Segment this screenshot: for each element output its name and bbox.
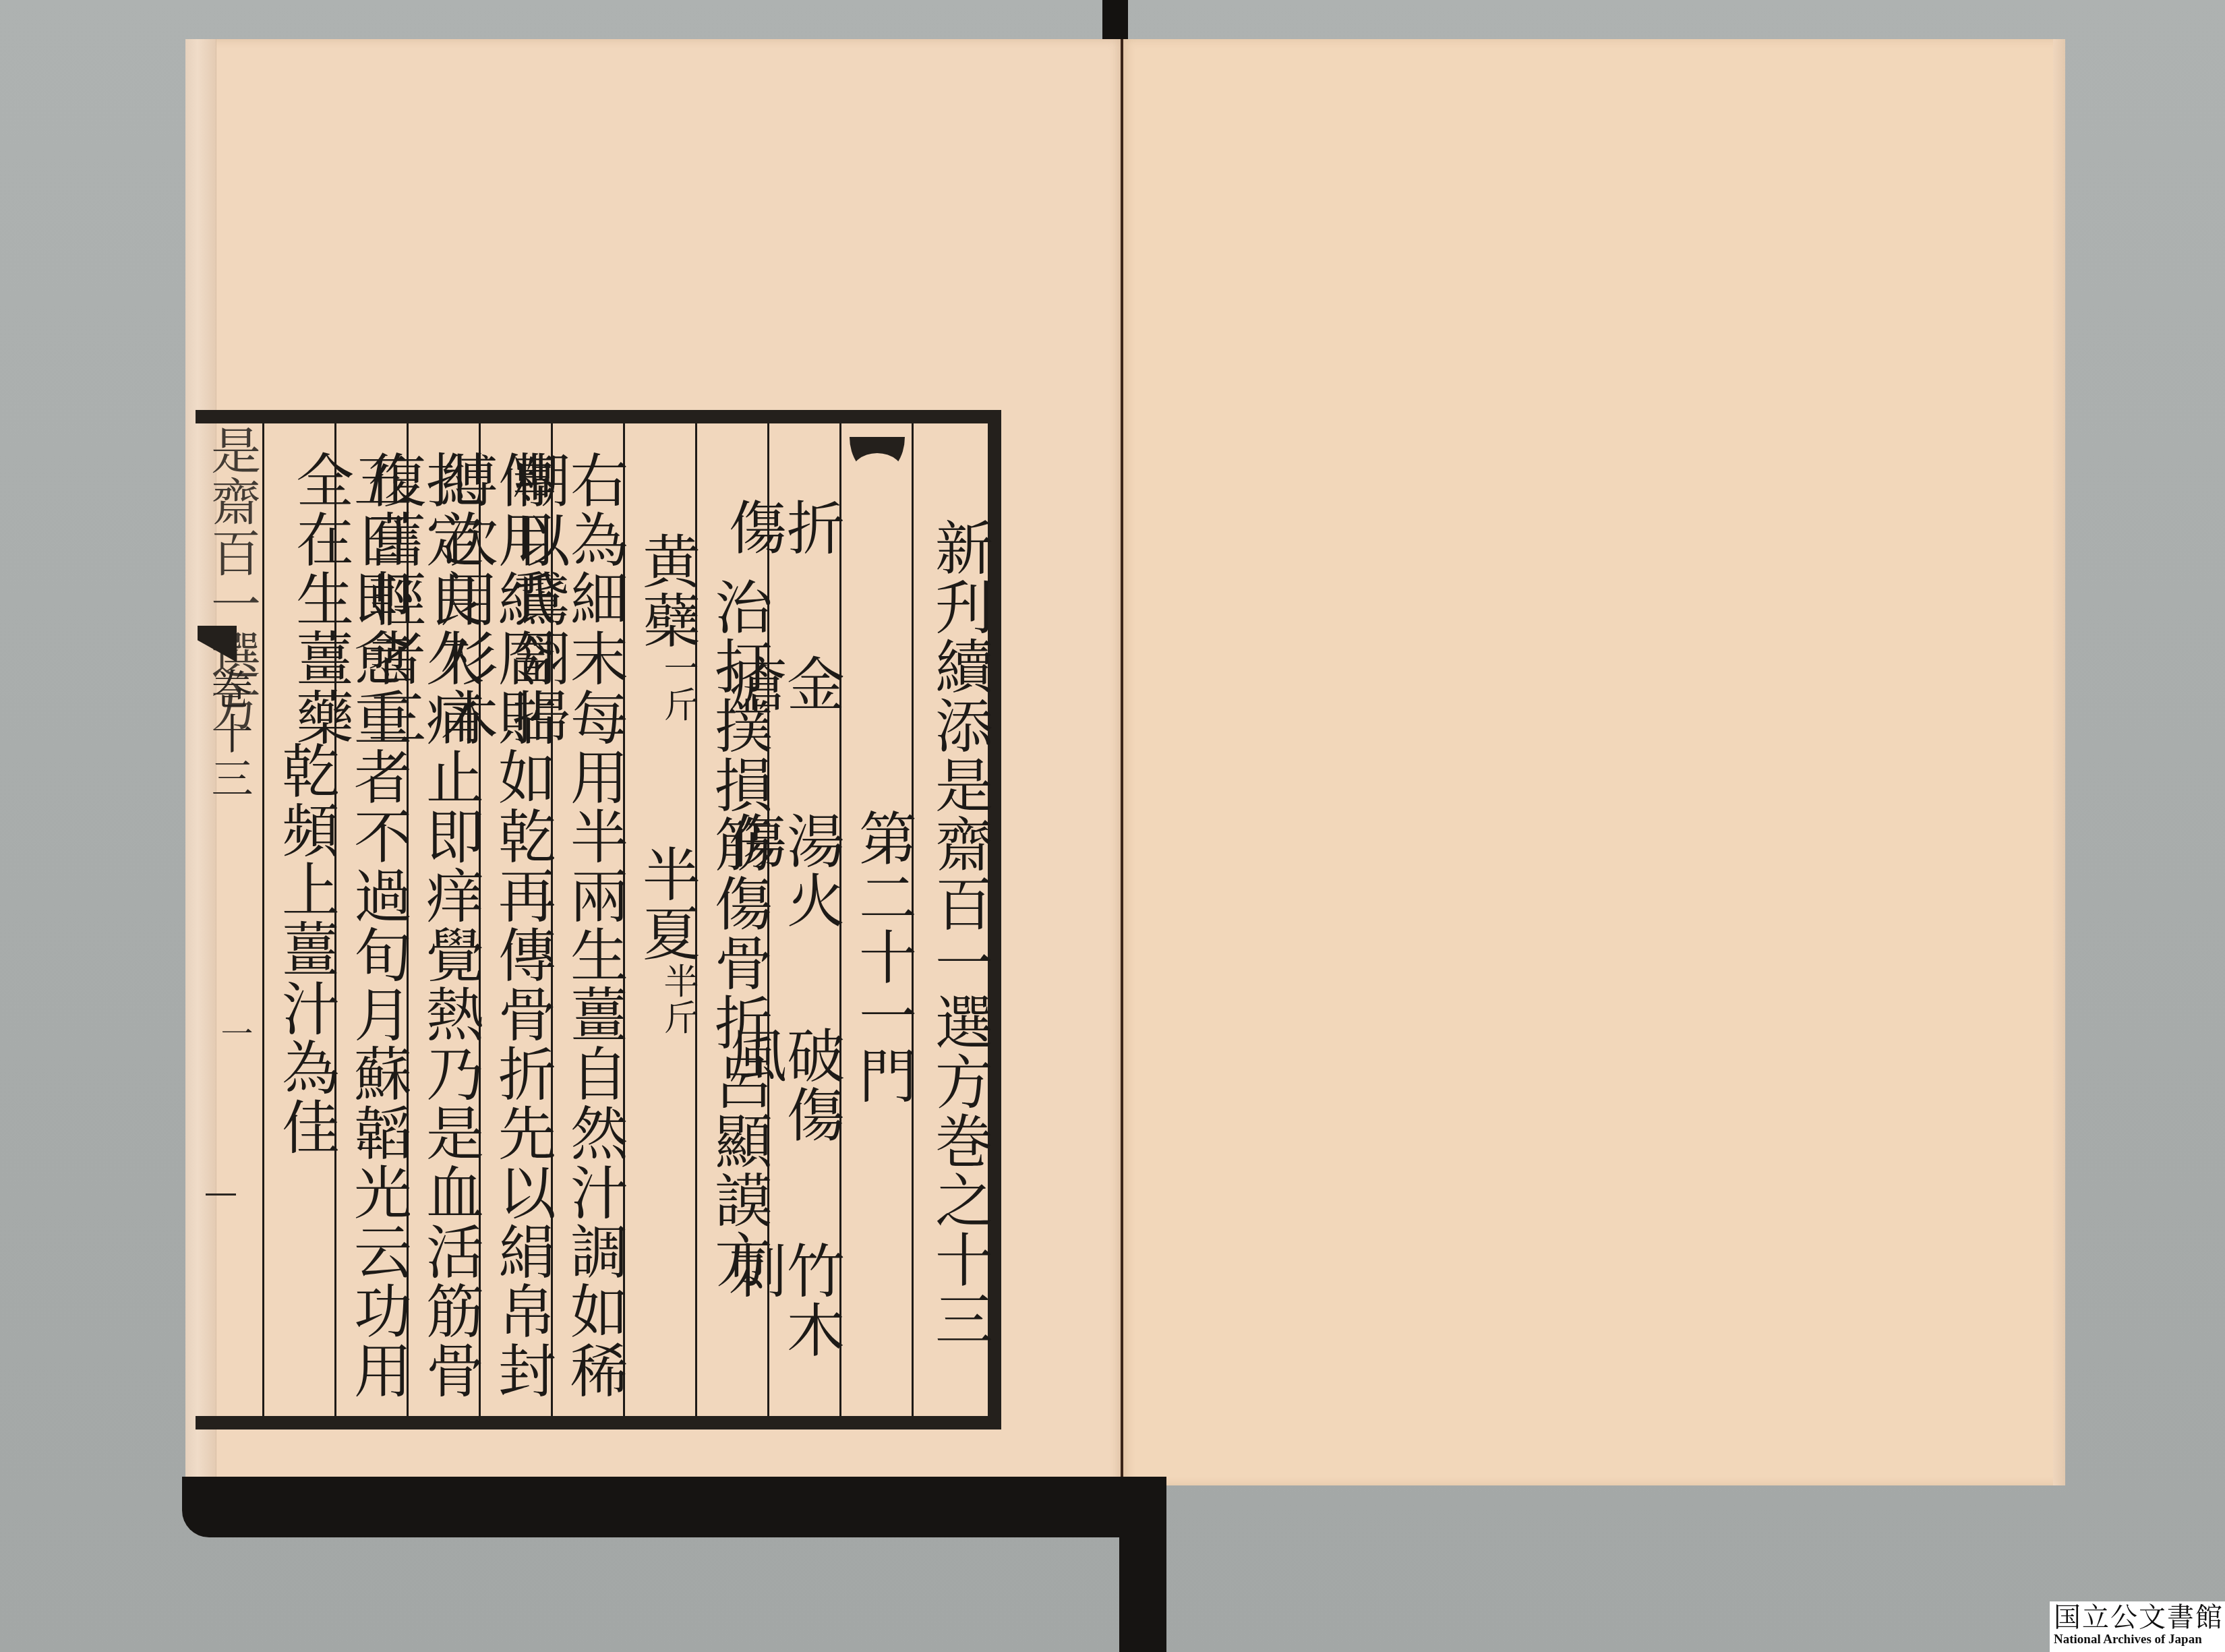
column-prescription-title: 治打撲損筋傷骨折呂顯謨方	[695, 423, 767, 1416]
body-text-line: 扎定良久痛止即痒覺熱乃是血活筋骨復舊輕者三	[409, 450, 479, 1416]
column-section-heading: 第二十一門	[839, 423, 912, 1416]
prescription-title: 治打撲損筋傷骨折呂顯謨方	[697, 577, 767, 1289]
column-title: 新刋續添是齋百一選方巻之十三	[912, 423, 988, 1416]
column-topics: 折傷 金瘡 湯火傷 破傷風 竹木刺	[767, 423, 839, 1416]
right-page-edge	[2053, 39, 2065, 1485]
book-title: 新刋續添是齋百一選方巻之十三	[914, 518, 988, 1349]
ingredient-1-amount: 一斤	[625, 650, 695, 723]
topic-5: 竹木刺	[769, 1241, 839, 1416]
body-text-line: 傳用紙靥貼如乾再傳骨折先以絹帛封縛次用杉木	[481, 450, 551, 1416]
column-body-1: 右為細末每用半兩生薑自然汁調如稀糊以鵞翎掃	[551, 423, 623, 1416]
topic-1: 折傷	[769, 498, 839, 614]
column-ingredients: 黄蘗 一斤 半夏 半斤	[623, 423, 695, 1416]
topic-2: 金瘡	[769, 654, 839, 771]
section-heading: 第二十一門	[841, 808, 912, 1105]
section-marker-icon	[850, 437, 905, 475]
book-cover-right	[1119, 1477, 1166, 1652]
archive-watermark-logo: 国立公文書館 National Archives of Japan	[2050, 1601, 2225, 1652]
body-text-line: 五日即愈重者不過旬月蘇韜光云功用全在生薑藥	[336, 450, 407, 1416]
fore-edge-rule	[206, 1193, 236, 1196]
fore-edge-volume: 巻十三	[199, 668, 259, 801]
print-frame: 新刋續添是齋百一選方巻之十三 第二十一門 折傷 金瘡 湯火傷 破傷風 竹木刺 治…	[196, 410, 1001, 1429]
topic-4: 破傷風	[769, 1026, 839, 1201]
logo-name-jp: 国立公文書館	[2054, 1603, 2222, 1632]
body-text-line: 右為細末每用半兩生薑自然汁調如稀糊以鵞翎掃	[553, 450, 623, 1416]
fore-edge-label: 是齋百一選方 巻十三 一	[191, 411, 238, 1429]
ingredient-1: 黄蘗	[625, 531, 695, 650]
fore-edge-page-number: 一	[211, 1017, 258, 1049]
logo-name-en: National Archives of Japan	[2054, 1632, 2222, 1647]
column-body-2: 傳用紙靥貼如乾再傳骨折先以絹帛封縛次用杉木	[479, 423, 551, 1416]
gutter-line	[1121, 39, 1123, 1485]
right-page-blank	[1123, 39, 2063, 1485]
column-body-5: 乾頻上薑汁為佳	[262, 423, 334, 1416]
text-columns: 新刋續添是齋百一選方巻之十三 第二十一門 折傷 金瘡 湯火傷 破傷風 竹木刺 治…	[196, 423, 988, 1416]
book-cover-left	[182, 1477, 1126, 1537]
spine-binding-top	[1102, 0, 1128, 42]
ingredient-2: 半夏	[625, 844, 695, 963]
topic-3: 湯火傷	[769, 811, 839, 986]
column-body-4: 五日即愈重者不過旬月蘇韜光云功用全在生薑藥	[334, 423, 407, 1416]
body-text-line: 乾頻上薑汁為佳	[264, 741, 334, 1156]
ingredient-2-amount: 半斤	[625, 963, 695, 1036]
column-body-3: 扎定良久痛止即痒覺熱乃是血活筋骨復舊輕者三	[407, 423, 479, 1416]
